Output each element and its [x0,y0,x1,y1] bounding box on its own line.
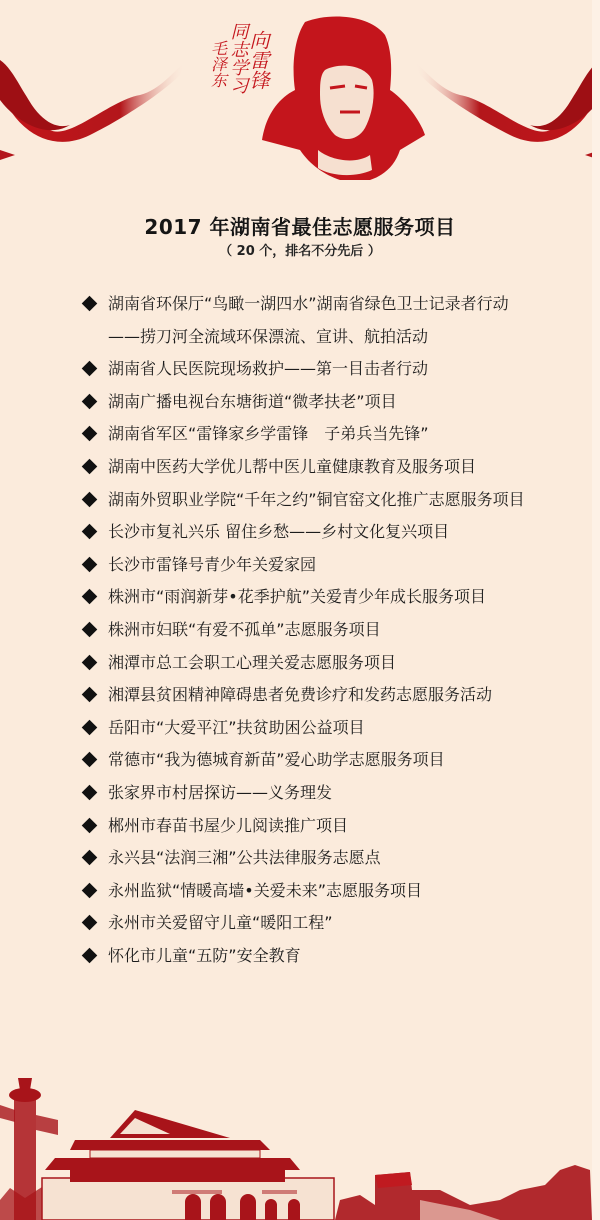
diamond-bullet-icon [82,394,98,410]
svg-text:毛泽东: 毛泽东 [209,40,228,88]
project-list: 湖南省环保厅“鸟瞰一湖四水”湖南省绿色卫士记录者行动——捞刀河全流域环保漂流、宣… [82,288,582,972]
diamond-bullet-icon [82,687,98,703]
diamond-bullet-icon [82,361,98,377]
svg-text:同志学习: 同志学习 [228,22,249,94]
list-item: 怀化市儿童“五防”安全教育 [82,940,582,973]
diamond-bullet-icon [82,785,98,801]
page: 向雷锋 同志学习 毛泽东 2017 年湖南省最佳志愿服务项目 （ 20 个，排名… [0,0,600,1220]
diamond-bullet-icon [82,850,98,866]
list-item: 永州监狱“情暖高墙•关爱未来”志愿服务项目 [82,875,582,908]
list-item: 湖南广播电视台东塘街道“微孝扶老”项目 [82,386,582,419]
diamond-bullet-icon [82,622,98,638]
diamond-bullet-icon [82,654,98,670]
list-item: 永兴县“法润三湘”公共法律服务志愿点 [82,842,582,875]
list-item: 湘潭县贫困精神障碍患者免费诊疗和发药志愿服务活动 [82,679,582,712]
diamond-bullet-icon [82,882,98,898]
list-item-label: 湖南省军区“雷锋家乡学雷锋 子弟兵当先锋” [108,418,582,451]
page-title: 2017 年湖南省最佳志愿服务项目 [0,211,600,240]
calligraphy-text: 向雷锋 同志学习 毛泽东 [209,22,271,94]
list-item: 湖南外贸职业学院“千年之约”铜官窑文化推广志愿服务项目 [82,484,582,517]
list-item: 湖南省人民医院现场救护——第一目击者行动 [82,353,582,386]
list-item-label: 湖南省环保厅“鸟瞰一湖四水”湖南省绿色卫士记录者行动——捞刀河全流域环保漂流、宣… [108,288,528,353]
diamond-bullet-icon [82,915,98,931]
list-item-label: 湖南中医药大学优儿帮中医儿童健康教育及服务项目 [108,451,582,484]
list-item: 张家界市村居探访——义务理发 [82,777,582,810]
list-item-label: 长沙市复礼兴乐 留住乡愁——乡村文化复兴项目 [108,516,582,549]
list-item: 湖南省环保厅“鸟瞰一湖四水”湖南省绿色卫士记录者行动——捞刀河全流域环保漂流、宣… [82,288,582,353]
diamond-bullet-icon [82,491,98,507]
list-item-label: 怀化市儿童“五防”安全教育 [108,940,582,973]
diamond-bullet-icon [82,459,98,475]
list-item: 株洲市妇联“有爱不孤单”志愿服务项目 [82,614,582,647]
svg-text:向雷锋: 向雷锋 [246,30,270,90]
left-ribbon-icon [0,60,185,160]
list-item-label: 株洲市妇联“有爱不孤单”志愿服务项目 [108,614,582,647]
diamond-bullet-icon [82,719,98,735]
list-item: 郴州市春苗书屋少儿阅读推广项目 [82,810,582,843]
header-artwork: 向雷锋 同志学习 毛泽东 [0,0,600,180]
list-item: 湖南中医药大学优儿帮中医儿童健康教育及服务项目 [82,451,582,484]
list-item: 长沙市复礼兴乐 留住乡愁——乡村文化复兴项目 [82,516,582,549]
footer-artwork [0,1060,600,1220]
right-ribbon-icon [415,60,600,160]
list-item-label: 湘潭县贫困精神障碍患者免费诊疗和发药志愿服务活动 [108,679,528,712]
list-item: 长沙市雷锋号青少年关爱家园 [82,549,582,582]
diamond-bullet-icon [82,948,98,964]
diamond-bullet-icon [82,296,98,312]
diamond-bullet-icon [82,524,98,540]
list-item: 岳阳市“大爱平江”扶贫助困公益项目 [82,712,582,745]
list-item-label: 永州监狱“情暖高墙•关爱未来”志愿服务项目 [108,875,582,908]
list-item-label: 永州市关爱留守儿童“暖阳工程” [108,907,582,940]
portrait-icon [262,16,425,180]
list-item-label: 湘潭市总工会职工心理关爱志愿服务项目 [108,647,582,680]
diamond-bullet-icon [82,817,98,833]
list-item-label: 长沙市雷锋号青少年关爱家园 [108,549,582,582]
diamond-bullet-icon [82,589,98,605]
list-item-label: 永兴县“法润三湘”公共法律服务志愿点 [108,842,582,875]
list-item-label: 郴州市春苗书屋少儿阅读推广项目 [108,810,582,843]
list-item-label: 张家界市村居探访——义务理发 [108,777,582,810]
list-item-label: 湖南广播电视台东塘街道“微孝扶老”项目 [108,386,582,419]
diamond-bullet-icon [82,556,98,572]
right-edge-strip [592,0,600,1220]
list-item: 永州市关爱留守儿童“暖阳工程” [82,907,582,940]
list-item-label: 常德市“我为德城育新苗”爱心助学志愿服务项目 [108,744,582,777]
great-wall-icon [335,1165,592,1220]
tiananmen-gate-icon [42,1110,334,1220]
page-subtitle: （ 20 个，排名不分先后 ） [0,240,600,259]
diamond-bullet-icon [82,426,98,442]
list-item: 湖南省军区“雷锋家乡学雷锋 子弟兵当先锋” [82,418,582,451]
list-item-label: 株洲市“雨润新芽•花季护航”关爱青少年成长服务项目 [108,581,582,614]
list-item-label: 湖南省人民医院现场救护——第一目击者行动 [108,353,582,386]
list-item: 常德市“我为德城育新苗”爱心助学志愿服务项目 [82,744,582,777]
list-item-label: 岳阳市“大爱平江”扶贫助困公益项目 [108,712,582,745]
list-item: 株洲市“雨润新芽•花季护航”关爱青少年成长服务项目 [82,581,582,614]
diamond-bullet-icon [82,752,98,768]
list-item: 湘潭市总工会职工心理关爱志愿服务项目 [82,647,582,680]
list-item-label: 湖南外贸职业学院“千年之约”铜官窑文化推广志愿服务项目 [108,484,528,517]
